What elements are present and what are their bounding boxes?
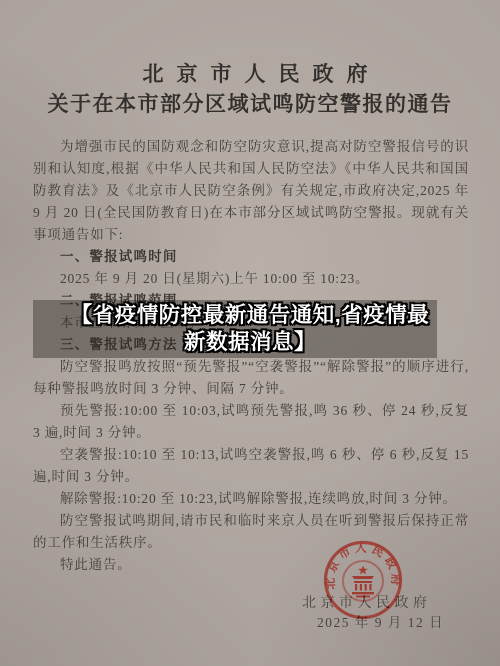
national-emblem-icon xyxy=(343,561,383,601)
intro-paragraph: 为增强市民的国防观念和防空防灾意识,提高对防空警报信号的识别和认知度,根据《中华… xyxy=(33,136,469,246)
document-title: 关于在本市部分区域试鸣防空警报的通告 xyxy=(0,88,500,118)
document-issuer-title: 北京市人民政府 xyxy=(10,58,500,88)
news-caption-line2: 新数据消息】 xyxy=(0,329,500,356)
government-seal: 北京市人民政府 xyxy=(322,539,404,621)
all-clear-paragraph: 解除警报:10:20 至 10:23,试鸣解除警报,连续鸣放,时间 3 分钟。 xyxy=(33,488,469,510)
section-3-body: 防空警报鸣放按照“预先警报”“空袭警报”“解除警报”的顺序进行,每种警报鸣放时间… xyxy=(33,356,469,400)
news-caption-line1: 【省疫情防控最新通告通知,省疫情最 xyxy=(0,302,500,329)
section-1-body: 2025 年 9 月 20 日(星期六)上午 10:00 至 10:23。 xyxy=(33,268,469,290)
pre-alarm-paragraph: 预先警报:10:00 至 10:03,试鸣预先警报,鸣 36 秒、停 24 秒,… xyxy=(33,400,469,444)
air-raid-paragraph: 空袭警报:10:10 至 10:13,试鸣空袭警报,鸣 6 秒、停 6 秒,反复… xyxy=(33,444,469,488)
section-heading-1: 一、警报试鸣时间 xyxy=(33,246,469,268)
news-caption: 【省疫情防控最新通告通知,省疫情最 新数据消息】 xyxy=(0,302,500,356)
document-photo: 北京市人民政府 关于在本市部分区域试鸣防空警报的通告 为增强市民的国防观念和防空… xyxy=(0,0,500,666)
